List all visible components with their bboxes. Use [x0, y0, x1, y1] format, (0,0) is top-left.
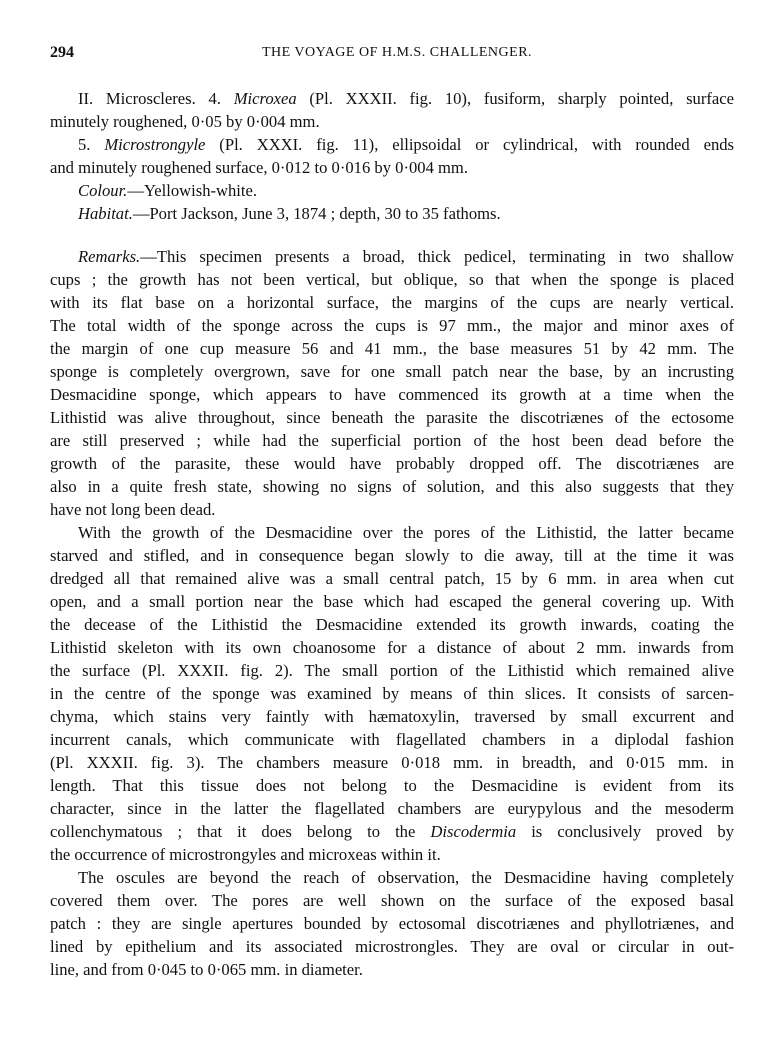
text-run: Desmacidine sponge, which appears to hav…: [50, 385, 734, 404]
text-line: covered them over. The pores are well sh…: [50, 890, 734, 912]
text-run: cups ; the growth has not been vertical,…: [50, 270, 734, 289]
italic-term: Habitat.: [78, 204, 133, 223]
text-line: line, and from 0·045 to 0·065 mm. in dia…: [50, 959, 734, 981]
text-line: the margin of one cup measure 56 and 41 …: [50, 338, 734, 360]
text-run: (Pl. XXXI. fig. 11), ellipsoidal or cyli…: [205, 135, 734, 154]
text-line: sponge is completely overgrown, save for…: [50, 361, 734, 383]
text-line: 5. Microstrongyle (Pl. XXXI. fig. 11), e…: [78, 134, 734, 156]
text-run: the margin of one cup measure 56 and 41 …: [50, 339, 734, 358]
text-run: With the growth of the Desmacidine over …: [78, 523, 734, 542]
text-line: Lithistid skeleton with its own choanoso…: [50, 637, 734, 659]
text-run: incurrent canals, which communicate with…: [50, 730, 734, 749]
text-run: is conclusively proved by: [516, 822, 734, 841]
text-run: Lithistid skeleton with its own choanoso…: [50, 638, 734, 657]
text-run: Lithistid was alive throughout, since be…: [50, 408, 734, 427]
text-line: starved and stifled, and in consequence …: [50, 545, 734, 567]
text-run: —This specimen presents a broad, thick p…: [140, 247, 734, 266]
italic-term: Colour.: [78, 181, 127, 200]
text-run: open, and a small portion near the base …: [50, 592, 734, 611]
text-run: starved and stifled, and in consequence …: [50, 546, 734, 565]
text-run: also in a quite fresh state, showing no …: [50, 477, 734, 496]
text-run: the occurrence of microstrongyles and mi…: [50, 845, 441, 864]
text-line: (Pl. XXXII. fig. 3). The chambers measur…: [50, 752, 734, 774]
text-line: lined by epithelium and its associated m…: [50, 936, 734, 958]
text-line: the decease of the Lithistid the Desmaci…: [50, 614, 734, 636]
text-run: the decease of the Lithistid the Desmaci…: [50, 615, 734, 634]
text-line: Desmacidine sponge, which appears to hav…: [50, 384, 734, 406]
text-run: in the centre of the sponge was examined…: [50, 684, 734, 703]
text-line: The total width of the sponge across the…: [50, 315, 734, 337]
text-run: line, and from 0·045 to 0·065 mm. in dia…: [50, 960, 363, 979]
text-line: are still preserved ; while had the supe…: [50, 430, 734, 452]
text-run: 5.: [78, 135, 104, 154]
text-run: minutely roughened, 0·05 by 0·004 mm.: [50, 112, 320, 131]
italic-term: Microstrongyle: [104, 135, 205, 154]
text-run: chyma, which stains very faintly with hæ…: [50, 707, 734, 726]
text-line: chyma, which stains very faintly with hæ…: [50, 706, 734, 728]
running-title: THE VOYAGE OF H.M.S. CHALLENGER.: [50, 45, 734, 61]
text-run: lined by epithelium and its associated m…: [50, 937, 734, 956]
text-line: With the growth of the Desmacidine over …: [78, 522, 734, 544]
text-line: patch : they are single apertures bounde…: [50, 913, 734, 935]
text-run: character, since in the latter the flage…: [50, 799, 734, 818]
text-run: (Pl. XXXII. fig. 10), fusiform, sharply …: [297, 89, 734, 108]
text-line: The oscules are beyond the reach of obse…: [78, 867, 734, 889]
text-run: The total width of the sponge across the…: [50, 316, 734, 335]
text-line: Lithistid was alive throughout, since be…: [50, 407, 734, 429]
text-line: incurrent canals, which communicate with…: [50, 729, 734, 751]
text-run: collenchymatous ; that it does belong to…: [50, 822, 430, 841]
text-run: with its flat base on a horizontal surfa…: [50, 293, 734, 312]
text-run: covered them over. The pores are well sh…: [50, 891, 734, 910]
text-run: the surface (Pl. XXXII. fig. 2). The sma…: [50, 661, 734, 680]
text-run: dredged all that remained alive was a sm…: [50, 569, 734, 588]
text-line: II. Microscleres. 4. Microxea (Pl. XXXII…: [78, 88, 734, 110]
italic-term: Remarks.: [78, 247, 140, 266]
text-line: the occurrence of microstrongyles and mi…: [50, 844, 734, 866]
text-line: with its flat base on a horizontal surfa…: [50, 292, 734, 314]
text-run: sponge is completely overgrown, save for…: [50, 362, 734, 381]
text-line: also in a quite fresh state, showing no …: [50, 476, 734, 498]
text-line: open, and a small portion near the base …: [50, 591, 734, 613]
text-run: —Yellowish-white.: [127, 181, 257, 200]
text-run: II. Microscleres. 4.: [78, 89, 234, 108]
text-line: length. That this tissue does not belong…: [50, 775, 734, 797]
text-line: Habitat.—Port Jackson, June 3, 1874 ; de…: [78, 203, 734, 225]
text-line: Colour.—Yellowish-white.: [78, 180, 734, 202]
text-line: character, since in the latter the flage…: [50, 798, 734, 820]
italic-term: Microxea: [234, 89, 297, 108]
text-line: growth of the parasite, these would have…: [50, 453, 734, 475]
text-run: patch : they are single apertures bounde…: [50, 914, 734, 933]
text-line: Remarks.—This specimen presents a broad,…: [78, 246, 734, 268]
text-line: cups ; the growth has not been vertical,…: [50, 269, 734, 291]
text-run: growth of the parasite, these would have…: [50, 454, 734, 473]
text-run: The oscules are beyond the reach of obse…: [78, 868, 734, 887]
text-run: have not long been dead.: [50, 500, 215, 519]
text-run: (Pl. XXXII. fig. 3). The chambers measur…: [50, 753, 734, 772]
text-run: and minutely roughened surface, 0·012 to…: [50, 158, 468, 177]
text-line: minutely roughened, 0·05 by 0·004 mm.: [50, 111, 734, 133]
text-line: dredged all that remained alive was a sm…: [50, 568, 734, 590]
text-run: length. That this tissue does not belong…: [50, 776, 734, 795]
text-line: have not long been dead.: [50, 499, 734, 521]
text-line: collenchymatous ; that it does belong to…: [50, 821, 734, 843]
page-header: 294 THE VOYAGE OF H.M.S. CHALLENGER.: [50, 44, 734, 66]
text-run: —Port Jackson, June 3, 1874 ; depth, 30 …: [133, 204, 501, 223]
text-run: are still preserved ; while had the supe…: [50, 431, 734, 450]
text-line: the surface (Pl. XXXII. fig. 2). The sma…: [50, 660, 734, 682]
text-line: in the centre of the sponge was examined…: [50, 683, 734, 705]
text-line: and minutely roughened surface, 0·012 to…: [50, 157, 734, 179]
italic-term: Discodermia: [430, 822, 516, 841]
